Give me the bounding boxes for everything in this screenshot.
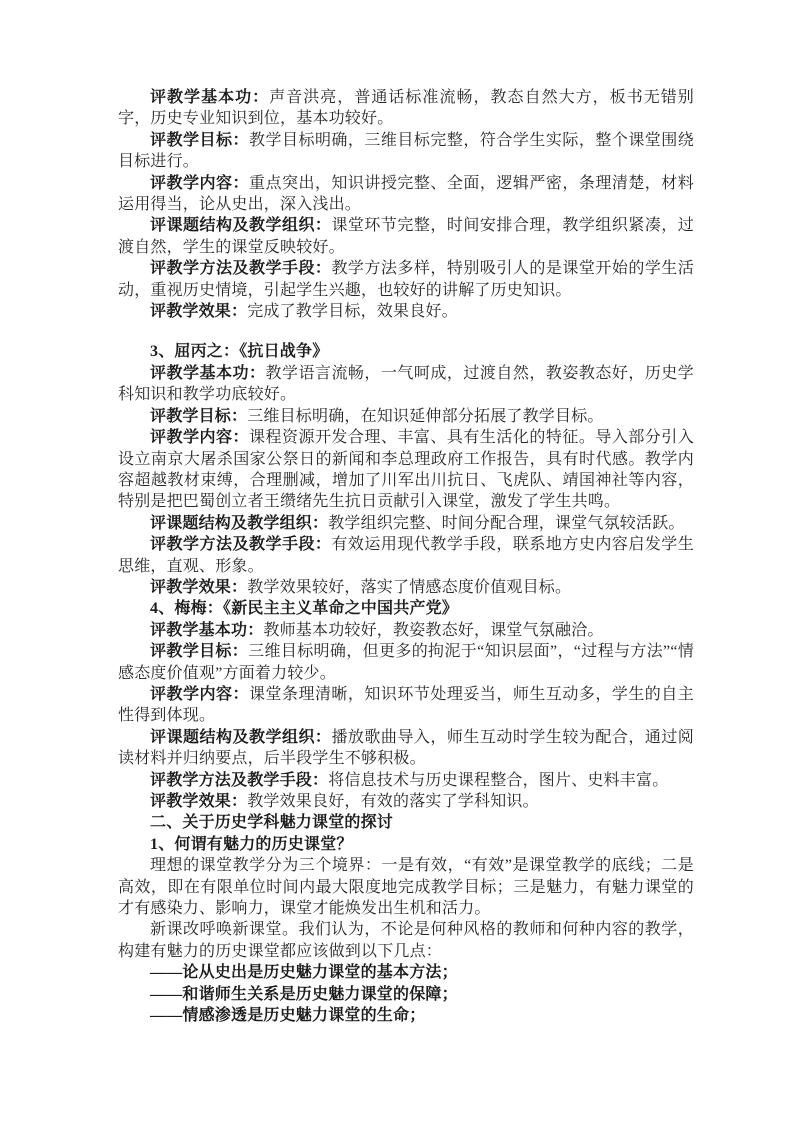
paragraph-label: 评教学内容： (150, 175, 249, 192)
evaluation-paragraph: 评教学内容：课堂条理清晰，知识环节处理妥当，师生互动多，学生的自主性得到体现。 (118, 684, 694, 727)
paragraph-label: 评教学目标： (150, 132, 249, 149)
paragraph-label: 评教学基本功： (150, 622, 263, 639)
evaluation-paragraph: 评教学基本功：声音洪亮，普通话标准流畅，教态自然大方，板书无错别字，历史专业知识… (118, 87, 694, 130)
evaluation-paragraph: 评教学方法及教学手段：教学方法多样，特别吸引人的是课堂开始的学生活动，重视历史情… (118, 258, 694, 301)
evaluation-paragraph: 评教学目标：三维目标明确，在知识延伸部分拓展了教学目标。 (118, 406, 694, 427)
paragraph-label: 评教学基本功： (150, 365, 265, 382)
evaluation-paragraph: 评课题结构及教学组织：课堂环节完整，时间安排合理，教学组织紧凑，过渡自然，学生的… (118, 215, 694, 258)
paragraph-label: 评教学基本功： (150, 89, 269, 106)
evaluation-paragraph: 评教学基本功：教师基本功较好，教姿教态好，课堂气氛融洽。 (118, 620, 694, 641)
paragraph-label: 评教学效果： (150, 793, 247, 810)
dash-bullet-text: ——情感渗透是历史魅力课堂的生命； (150, 1007, 425, 1024)
paragraph-text: 教学效果良好，有效的落实了学科知识。 (247, 793, 539, 810)
dash-bullet-line: ——和谐师生关系是历史魅力课堂的保障； (118, 984, 694, 1005)
paragraph-text: 教师基本功较好，教姿教态好，课堂气氛融洽。 (263, 622, 603, 639)
paragraph-label: 评教学效果： (150, 579, 247, 596)
evaluation-paragraph: 评教学效果：教学效果良好，有效的落实了学科知识。 (118, 791, 694, 812)
evaluation-paragraph: 评教学效果：完成了教学目标，效果良好。 (118, 301, 694, 322)
body-paragraph: 新课改呼唤新课堂。我们认为，不论是何种风格的教师和何种内容的教学，构建有魅力的历… (118, 919, 694, 962)
paragraph-label: 评教学方法及教学手段： (150, 772, 328, 789)
paragraph-label: 评教学目标： (150, 643, 248, 660)
paragraph-label: 评教学目标： (150, 408, 247, 425)
section-heading: 4、梅梅：《新民主主义革命之中国共产党》 (118, 598, 694, 619)
section-heading: 3、屈丙之：《抗日战争》 (118, 341, 694, 362)
document-page: 评教学基本功：声音洪亮，普通话标准流畅，教态自然大方，板书无错别字，历史专业知识… (118, 87, 694, 1026)
paragraph-label: 评教学内容： (150, 429, 249, 446)
dash-bullet-line: ——论从史出是历史魅力课堂的基本方法； (118, 962, 694, 983)
section-heading-text: 1、何谓有魅力的历史课堂？ (150, 836, 353, 853)
paragraph-label: 评教学方法及教学手段： (150, 260, 331, 277)
paragraph-text: 三维目标明确，在知识延伸部分拓展了教学目标。 (247, 408, 603, 425)
paragraph-text: 教学效果较好，落实了情感态度价值观目标。 (247, 579, 571, 596)
paragraph-text: 理想的课堂教学分为三个境界：一是有效，“有效”是课堂教学的底线；二是高效，即在有… (118, 857, 694, 917)
paragraph-label: 评课题结构及教学组织： (150, 515, 328, 532)
paragraph-label: 评教学内容： (150, 686, 249, 703)
evaluation-paragraph: 评教学内容：重点突出，知识讲授完整、全面，逻辑严密，条理清楚，材料运用得当，论从… (118, 173, 694, 216)
paragraph-text: 教学组织完整、时间分配合理，课堂气氛较活跃。 (328, 515, 684, 532)
blank-line (118, 322, 694, 341)
section-heading-text: 3、屈丙之：《抗日战争》 (150, 343, 328, 360)
body-paragraph: 理想的课堂教学分为三个境界：一是有效，“有效”是课堂教学的底线；二是高效，即在有… (118, 855, 694, 919)
paragraph-text: 新课改呼唤新课堂。我们认为，不论是何种风格的教师和何种内容的教学，构建有魅力的历… (118, 921, 694, 959)
section-heading-text: 4、梅梅：《新民主主义革命之中国共产党》 (150, 600, 458, 617)
evaluation-paragraph: 评课题结构及教学组织：播放歌曲导入，师生互动时学生较为配合，通过阅读材料并归纳要… (118, 727, 694, 770)
section-heading: 二、关于历史学科魅力课堂的探讨 (118, 812, 694, 833)
dash-bullet-line: ——情感渗透是历史魅力课堂的生命； (118, 1005, 694, 1026)
evaluation-paragraph: 评教学效果：教学效果较好，落实了情感态度价值观目标。 (118, 577, 694, 598)
evaluation-paragraph: 评教学方法及教学手段：将信息技术与历史课程整合，图片、史料丰富。 (118, 770, 694, 791)
dash-bullet-text: ——论从史出是历史魅力课堂的基本方法； (150, 964, 458, 981)
paragraph-label: 评课题结构及教学组织： (150, 729, 331, 746)
paragraph-label: 评课题结构及教学组织： (150, 217, 331, 234)
paragraph-text: 将信息技术与历史课程整合，图片、史料丰富。 (328, 772, 668, 789)
evaluation-paragraph: 评课题结构及教学组织：教学组织完整、时间分配合理，课堂气氛较活跃。 (118, 513, 694, 534)
evaluation-paragraph: 评教学基本功：教学语言流畅，一气呵成，过渡自然，教姿教态好，历史学科知识和教学功… (118, 363, 694, 406)
section-heading: 1、何谓有魅力的历史课堂？ (118, 834, 694, 855)
paragraph-text: 完成了教学目标，效果良好。 (247, 303, 458, 320)
paragraph-label: 评教学效果： (150, 303, 247, 320)
evaluation-paragraph: 评教学方法及教学手段：有效运用现代教学手段，联系地方史内容启发学生思维，直观、形… (118, 534, 694, 577)
evaluation-paragraph: 评教学目标：三维目标明确，但更多的拘泥于“知识层面”，“过程与方法”“情感态度价… (118, 641, 694, 684)
paragraph-label: 评教学方法及教学手段： (150, 536, 331, 553)
dash-bullet-text: ——和谐师生关系是历史魅力课堂的保障； (150, 986, 458, 1003)
section-heading-text: 二、关于历史学科魅力课堂的探讨 (150, 814, 393, 831)
evaluation-paragraph: 评教学内容：课程资源开发合理、丰富、具有生活化的特征。导入部分引入设立南京大屠杀… (118, 427, 694, 513)
evaluation-paragraph: 评教学目标：教学目标明确，三维目标完整，符合学生实际，整个课堂围绕目标进行。 (118, 130, 694, 173)
